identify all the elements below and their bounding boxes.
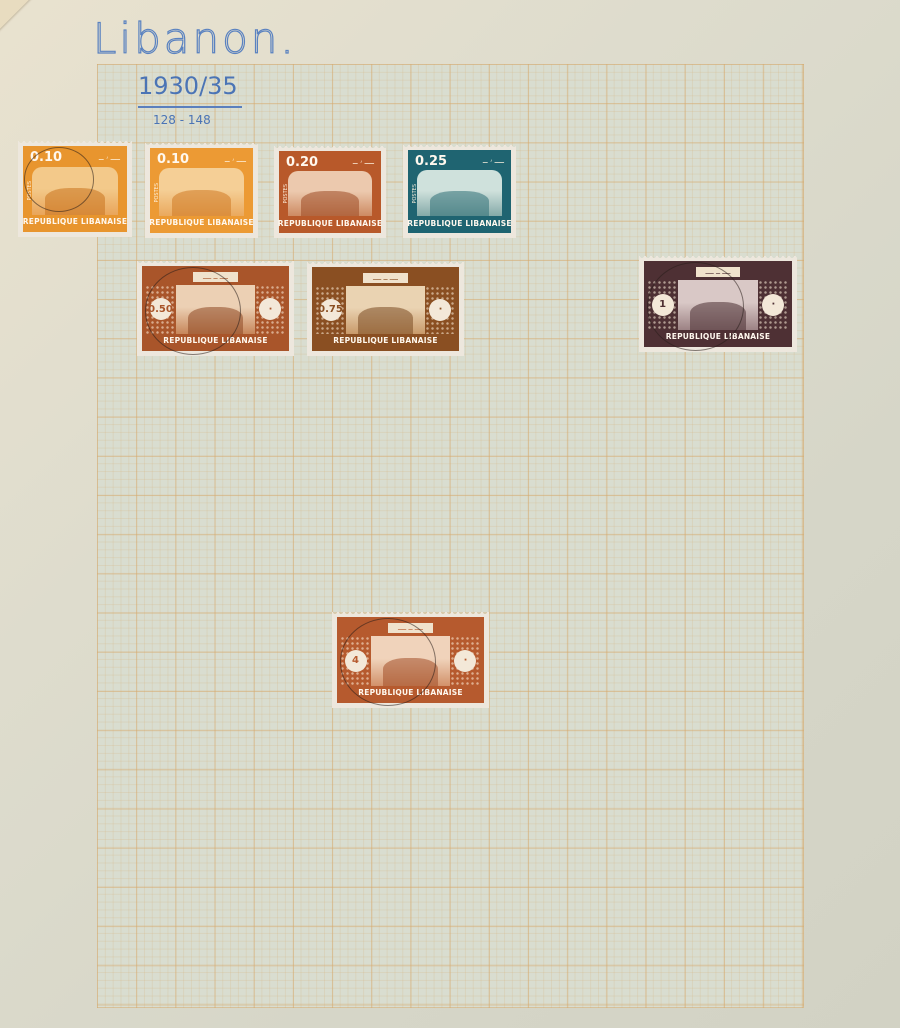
arabic-inscription: ــــ ۥ ــ bbox=[99, 153, 120, 163]
stamp-country-text: REPUBLIQUE LIBANAISE bbox=[411, 216, 508, 230]
stamp-value: 0.20 bbox=[286, 155, 318, 170]
stamp-value: 0.50 bbox=[150, 298, 172, 320]
stamp-side-text: POSTES bbox=[283, 184, 289, 204]
stamp-design: 0.20ــــ ۥ ــREPUBLIQUE LIBANAISEPOSTES bbox=[279, 151, 381, 233]
stamp-design: ــــ ــ ــــ0.75·REPUBLIQUE LIBANAISE bbox=[312, 267, 459, 351]
stamp[interactable]: ــــ ــ ــــ0.75·REPUBLIQUE LIBANAISE bbox=[307, 262, 464, 356]
stamp-value-arabic: · bbox=[259, 298, 281, 320]
stamp-country-text: REPUBLIQUE LIBANAISE bbox=[145, 334, 286, 348]
stamp-design: 0.10ــــ ۥ ــREPUBLIQUE LIBANAISEPOSTES bbox=[23, 146, 127, 232]
stamp[interactable]: 0.10ــــ ۥ ــREPUBLIQUE LIBANAISEPOSTES bbox=[18, 141, 132, 237]
stamp-vignette bbox=[32, 167, 118, 215]
stamp-left-panel: 0.50 bbox=[145, 285, 176, 334]
stamp-right-panel: · bbox=[450, 636, 481, 686]
stamp[interactable]: ــــ ــ ــــ0.50·REPUBLIQUE LIBANAISE bbox=[137, 261, 294, 356]
stamp-top-frame: 0.10ــــ ۥ ــ bbox=[153, 151, 250, 168]
stamp-vignette bbox=[159, 168, 244, 215]
stamp-left-panel: 4 bbox=[340, 636, 371, 686]
stamp-vignette bbox=[176, 285, 255, 334]
catalogue-range: 128 - 148 bbox=[153, 113, 211, 127]
stamp-vignette bbox=[346, 286, 425, 334]
stamp-left-panel: 1 bbox=[647, 280, 678, 330]
stamp[interactable]: 0.10ــــ ۥ ــREPUBLIQUE LIBANAISEPOSTES bbox=[145, 143, 258, 238]
stamp-body: 0.75· bbox=[315, 286, 456, 334]
stamp-value-arabic: · bbox=[429, 299, 451, 321]
stamp-value: 4 bbox=[345, 650, 367, 672]
stamp-body: 1· bbox=[647, 280, 789, 330]
stamp-top-frame: 0.10ــــ ۥ ــ bbox=[26, 149, 124, 167]
stamp-side-text: POSTES bbox=[154, 183, 160, 203]
stamp-top-frame: 0.25ــــ ۥ ــ bbox=[411, 153, 508, 170]
photo-corner-mount bbox=[0, 0, 33, 33]
stamp[interactable]: 0.20ــــ ۥ ــREPUBLIQUE LIBANAISEPOSTES bbox=[274, 146, 386, 238]
arabic-banner: ــــ ــ ــــ bbox=[193, 272, 238, 282]
stamp-country-text: REPUBLIQUE LIBANAISE bbox=[315, 334, 456, 348]
stamp[interactable]: 0.25ــــ ۥ ــREPUBLIQUE LIBANAISEPOSTES bbox=[403, 145, 516, 238]
stamp-top-frame: ــــ ــ ــــ bbox=[315, 270, 456, 286]
arabic-inscription: ــــ ۥ ــ bbox=[483, 156, 504, 166]
stamp-vignette bbox=[371, 636, 450, 686]
arabic-banner: ــــ ــ ــــ bbox=[388, 623, 433, 633]
stamp-right-panel: · bbox=[425, 286, 456, 334]
stamp[interactable]: ــــ ــ ــــ4·REPUBLIQUE LIBANAISE bbox=[332, 612, 489, 708]
stamp-design: 0.25ــــ ۥ ــREPUBLIQUE LIBANAISEPOSTES bbox=[408, 150, 511, 233]
album-page: Libanon. 1930/35 128 - 148 0.10ــــ ۥ ــ… bbox=[0, 0, 900, 1028]
stamp-vignette bbox=[417, 170, 502, 216]
stamp-country-text: REPUBLIQUE LIBANAISE bbox=[340, 686, 481, 700]
stamp-value: 0.10 bbox=[157, 152, 189, 167]
stamp-vignette bbox=[288, 171, 372, 217]
stamp[interactable]: ــــ ــ ــــ1·REPUBLIQUE LIBANAISE bbox=[639, 256, 797, 352]
stamp-value-arabic: · bbox=[762, 294, 784, 316]
stamp-value-arabic: · bbox=[454, 650, 476, 672]
stamp-design: 0.10ــــ ۥ ــREPUBLIQUE LIBANAISEPOSTES bbox=[150, 148, 253, 233]
country-heading: Libanon. bbox=[93, 14, 297, 63]
stamp-design: ــــ ــ ــــ0.50·REPUBLIQUE LIBANAISE bbox=[142, 266, 289, 351]
stamp-design: ــــ ــ ــــ4·REPUBLIQUE LIBANAISE bbox=[337, 617, 484, 703]
stamp-value: 0.75 bbox=[320, 299, 342, 321]
year-range: 1930/35 bbox=[138, 72, 238, 100]
arabic-banner: ــــ ــ ــــ bbox=[363, 273, 408, 283]
stamp-side-text: POSTES bbox=[27, 181, 33, 201]
stamp-value: 0.10 bbox=[30, 150, 62, 165]
arabic-banner: ــــ ــ ــــ bbox=[696, 267, 741, 277]
stamp-side-text: POSTES bbox=[412, 184, 418, 204]
stamp-right-panel: · bbox=[255, 285, 286, 334]
stamp-body: 4· bbox=[340, 636, 481, 686]
stamp-vignette bbox=[678, 280, 758, 330]
stamp-top-frame: ــــ ــ ــــ bbox=[647, 264, 789, 280]
stamp-left-panel: 0.75 bbox=[315, 286, 346, 334]
arabic-inscription: ــــ ۥ ــ bbox=[225, 155, 246, 165]
stamp-top-frame: ــــ ــ ــــ bbox=[145, 269, 286, 285]
stamp-country-text: REPUBLIQUE LIBANAISE bbox=[153, 216, 250, 230]
year-underline bbox=[138, 106, 242, 108]
stamp-right-panel: · bbox=[758, 280, 789, 330]
arabic-inscription: ــــ ۥ ــ bbox=[353, 157, 374, 167]
stamp-country-text: REPUBLIQUE LIBANAISE bbox=[647, 330, 789, 344]
stamp-value: 1 bbox=[652, 294, 674, 316]
stamp-top-frame: ــــ ــ ــــ bbox=[340, 620, 481, 636]
stamp-value: 0.25 bbox=[415, 154, 447, 169]
stamp-country-text: REPUBLIQUE LIBANAISE bbox=[282, 216, 378, 230]
stamp-country-text: REPUBLIQUE LIBANAISE bbox=[26, 215, 124, 229]
stamp-body: 0.50· bbox=[145, 285, 286, 334]
stamp-design: ــــ ــ ــــ1·REPUBLIQUE LIBANAISE bbox=[644, 261, 792, 347]
stamp-top-frame: 0.20ــــ ۥ ــ bbox=[282, 154, 378, 171]
